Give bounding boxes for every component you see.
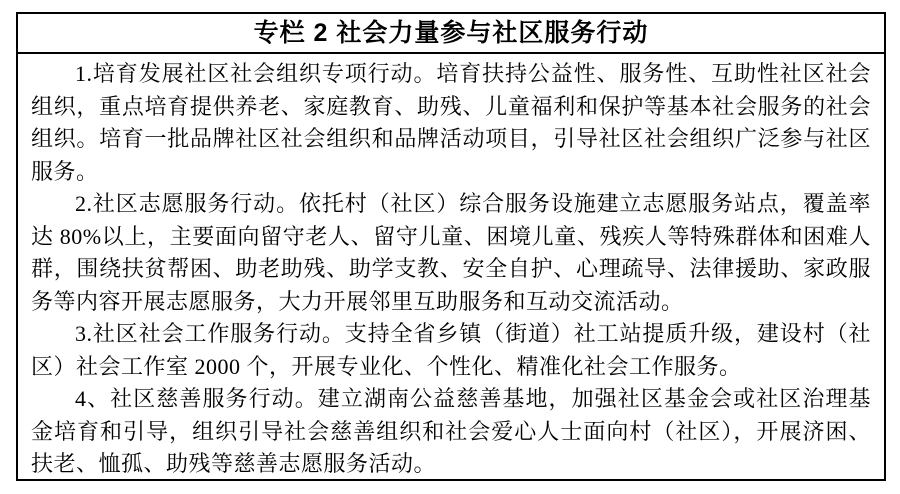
panel-title: 专栏 2 社会力量参与社区服务行动 <box>18 14 884 54</box>
paragraph-2: 2.社区志愿服务行动。依托村（社区）综合服务设施建立志愿服务站点，覆盖率达 80… <box>31 188 871 318</box>
paragraph-1: 1.培育发展社区社会组织专项行动。培育扶持公益性、服务性、互助性社区社会组织，重… <box>31 58 871 188</box>
document-page: 专栏 2 社会力量参与社区服务行动 1.培育发展社区社会组织专项行动。培育扶持公… <box>0 0 900 494</box>
panel-body: 1.培育发展社区社会组织专项行动。培育扶持公益性、服务性、互助性社区社会组织，重… <box>18 54 884 479</box>
column-box-panel: 专栏 2 社会力量参与社区服务行动 1.培育发展社区社会组织专项行动。培育扶持公… <box>16 12 886 481</box>
paragraph-4: 4、社区慈善服务行动。建立湖南公益慈善基地，加强社区基金会或社区治理基金培育和引… <box>31 383 871 479</box>
paragraph-3: 3.社区社会工作服务行动。支持全省乡镇（街道）社工站提质升级，建设村（社区）社会… <box>31 318 871 383</box>
